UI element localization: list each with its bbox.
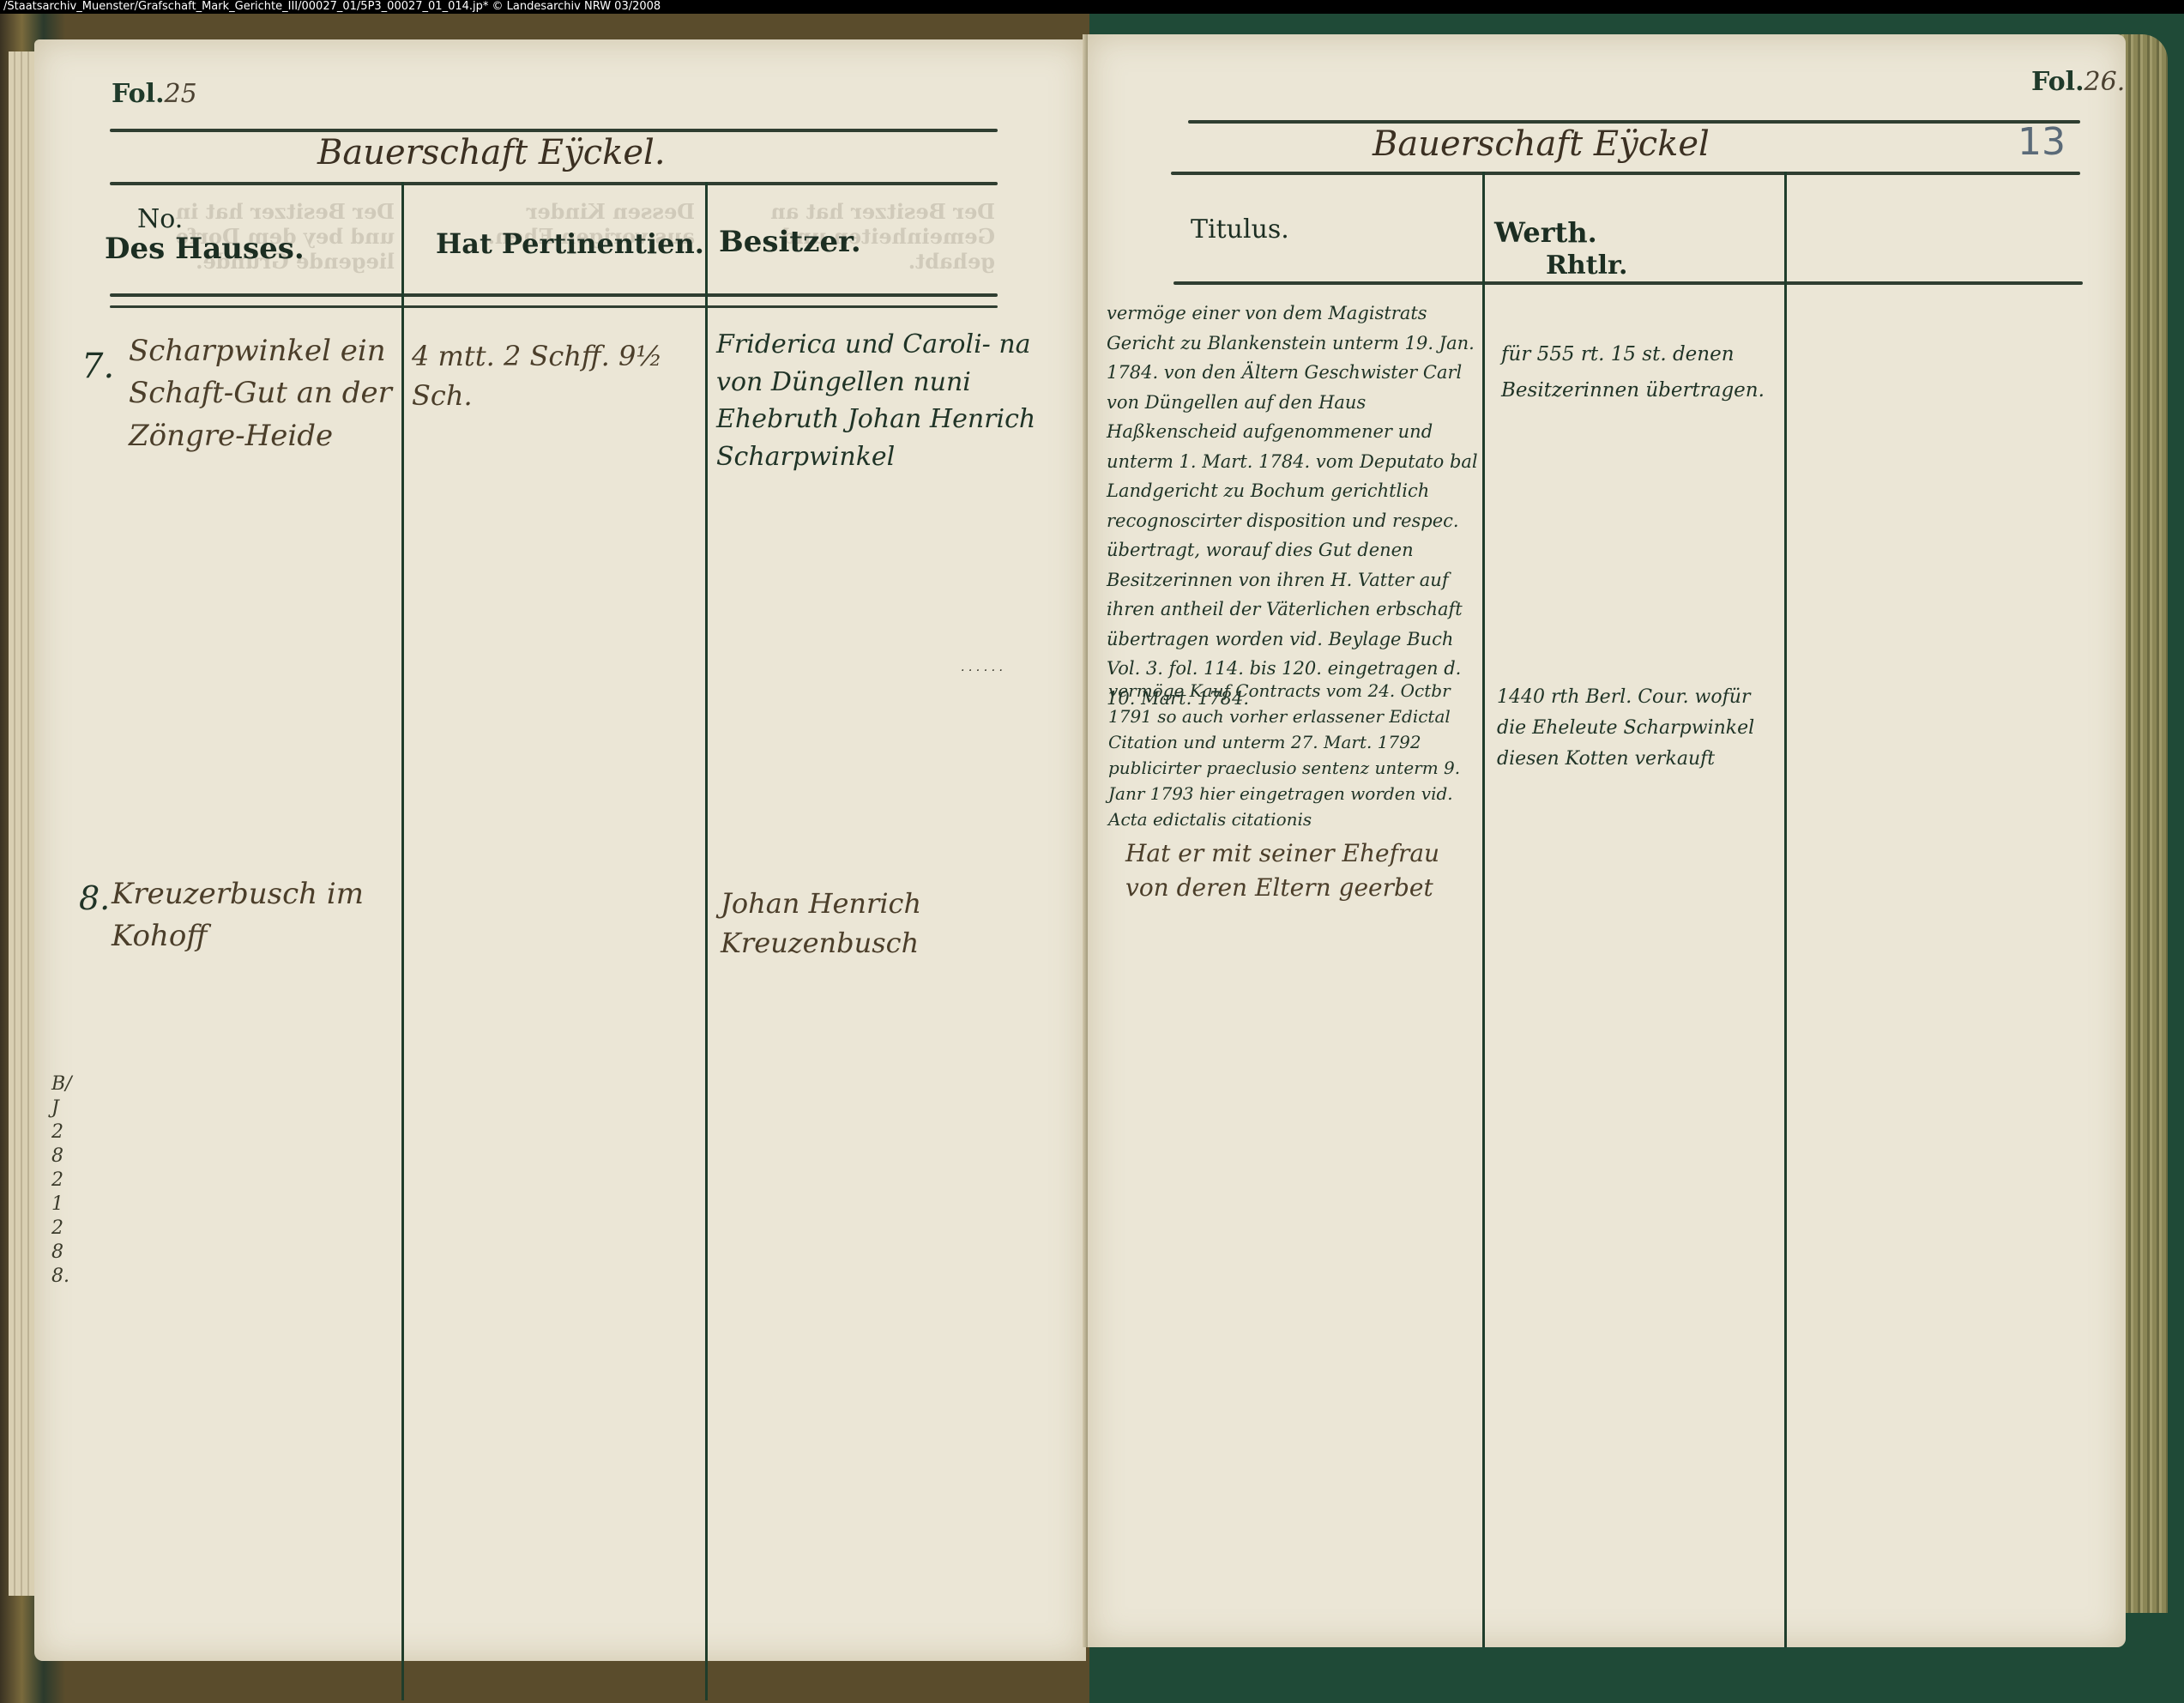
entry-8-no: 8.	[79, 875, 110, 922]
stray-marks: · · · · · ·	[961, 662, 1003, 679]
col-header-besitzer: Besitzer.	[719, 225, 861, 259]
rule-top	[1188, 120, 2080, 124]
district-heading-right: Bauerschaft Eÿckel	[1373, 124, 1710, 164]
entry-7-werth-2: 1440 rth Berl. Cour. wofür die Eheleute …	[1497, 682, 1780, 775]
rule-header-top	[1171, 172, 2080, 175]
col-header-werth: Werth.	[1494, 216, 1597, 249]
pencil-page-number: 13	[2018, 120, 2066, 164]
col-header-rhtlr: Rhtlr.	[1546, 251, 1628, 281]
right-folio: Fol.26.	[2031, 67, 2125, 97]
entry-7-werth: für 555 rt. 15 st. denen Besitzerinnen ü…	[1501, 336, 1776, 408]
entry-7-house: Scharpwinkel ein Schaft-Gut an der Zöngr…	[129, 330, 395, 457]
col-divider	[705, 182, 708, 1700]
entry-8-besitzer: Johan Henrich Kreuzenbusch	[721, 884, 1055, 963]
entry-7-titulus: vermöge einer von dem Magistrats Gericht…	[1107, 299, 1480, 713]
rule-header-top	[110, 182, 998, 185]
left-page	[34, 39, 1086, 1661]
margin-notes: B/J 28 2 1 2 8 8.	[51, 1072, 69, 1289]
viewer-caption: /Staatsarchiv_Muenster/Grafschaft_Mark_G…	[0, 0, 2184, 14]
entry-8-house: Kreuzerbusch im Kohoff	[112, 873, 377, 958]
col-divider	[401, 182, 404, 1700]
rule-header-bottom	[1173, 281, 2083, 285]
entry-7-besitzer: Friderica und Caroli- na von Düngellen n…	[716, 326, 1085, 475]
folio-number: 26.	[2084, 67, 2126, 97]
col-header-des-hauses: Des Hauses.	[105, 232, 305, 266]
col-header-titulus: Titulus.	[1191, 214, 1289, 245]
col-header-no: No.	[137, 204, 183, 234]
col-divider	[1482, 172, 1485, 1647]
rule-top	[110, 129, 998, 132]
entry-8-titulus: Hat er mit seiner Ehefrau von deren Elte…	[1125, 836, 1486, 905]
rule-header-bottom-2	[110, 305, 998, 308]
col-header-pertinentien: Hat Pertinentien.	[436, 227, 704, 260]
col-divider	[1784, 172, 1787, 1647]
entry-7-titulus-2: vermöge Kauf Contracts vom 24. Octbr 179…	[1108, 678, 1479, 832]
folio-label: Fol.	[2031, 67, 2084, 97]
rule-header-bottom	[110, 293, 998, 297]
folio-number: 25	[165, 79, 197, 109]
entry-7-no: 7.	[81, 341, 114, 391]
folio-label: Fol.	[112, 79, 165, 109]
left-folio: Fol.25	[112, 79, 197, 109]
district-heading-left: Bauerschaft Eÿckel.	[317, 133, 666, 172]
entry-7-pertinentien: 4 mtt. 2 Schff. 9½ Sch.	[412, 336, 703, 416]
